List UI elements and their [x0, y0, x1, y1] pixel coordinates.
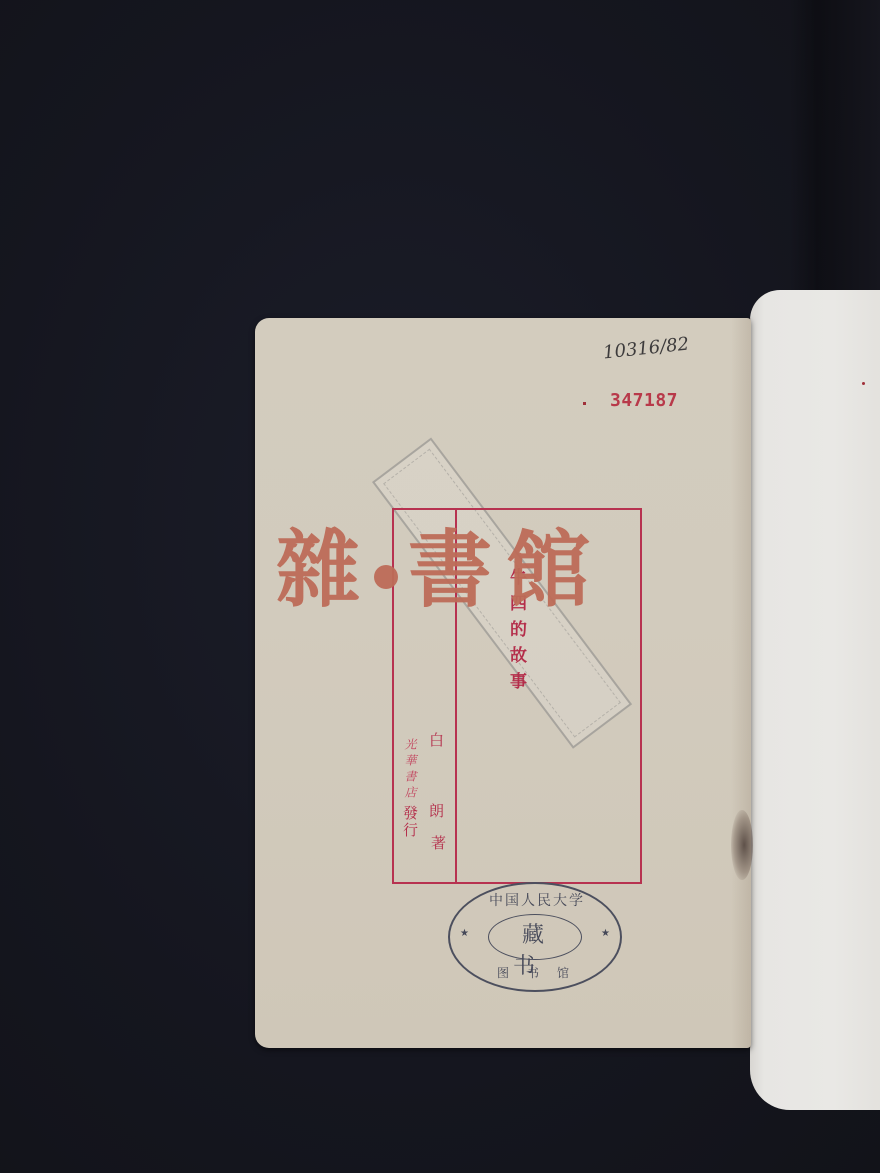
star-icon: ★	[601, 928, 610, 939]
author-name: 白朗	[426, 732, 447, 874]
publisher-suffix: 發行	[400, 805, 421, 839]
author-suffix: 著	[428, 835, 449, 850]
ink-speck	[862, 382, 865, 385]
right-page	[750, 290, 880, 1110]
watermark-right: 書館	[408, 520, 604, 619]
watermark-dot-icon	[374, 565, 398, 589]
star-icon: ★	[460, 928, 469, 939]
library-stamp: 中国人民大学 藏书 图书馆 ★ ★	[448, 882, 622, 992]
accession-number: 347187	[610, 390, 678, 411]
red-mark	[583, 402, 586, 405]
page-stain	[731, 810, 753, 880]
stamp-top-text: 中国人民大学	[472, 890, 602, 910]
page-gutter-shadow	[731, 318, 751, 1048]
publisher-name: 光華書店	[402, 738, 419, 802]
stamp-bottom-text: 图书馆	[480, 964, 590, 981]
background-shadow	[790, 0, 880, 300]
watermark: 雜書館	[276, 528, 604, 612]
watermark-left: 雜	[276, 520, 374, 619]
